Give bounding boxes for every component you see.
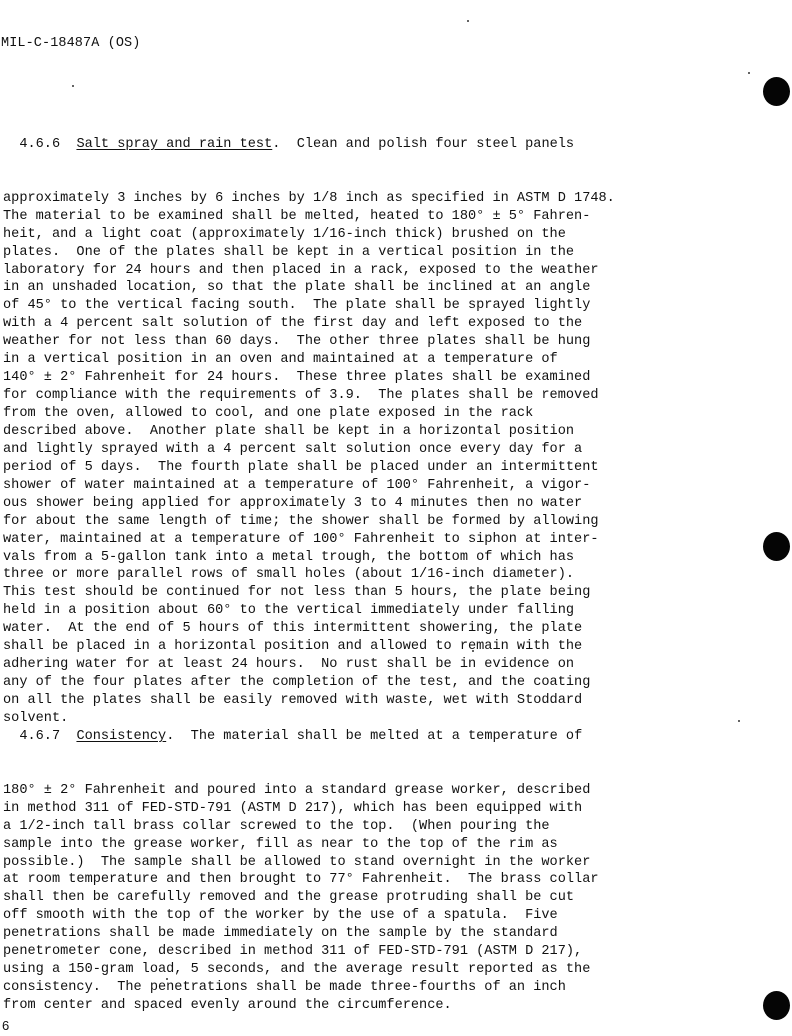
text-line: heit, and a light coat (approximately 1/… <box>3 226 693 244</box>
section-number: 4.6.6 <box>19 137 60 152</box>
text-line: described above. Another plate shall be … <box>3 423 693 441</box>
text-line: shall be placed in a horizontal position… <box>3 638 693 656</box>
text-line: weather for not less than 60 days. The o… <box>3 333 693 351</box>
text-line: sample into the grease worker, fill as n… <box>3 836 693 854</box>
text-line: using a 150-gram load, 5 seconds, and th… <box>3 961 693 979</box>
section-title: Consistency <box>76 729 166 744</box>
text-line: from the oven, allowed to cool, and one … <box>3 405 693 423</box>
section-4-6-7: 4.6.7 Consistency. The material shall be… <box>3 692 693 1033</box>
text-line: shall then be carefully removed and the … <box>3 889 693 907</box>
page-number: 6 <box>2 1018 9 1033</box>
punch-hole <box>763 77 790 106</box>
text-line: penetrations shall be made immediately o… <box>3 925 693 943</box>
section-title: Salt spray and rain test <box>76 137 272 152</box>
text-line: ous shower being applied for approximate… <box>3 495 693 513</box>
text-line: water. At the end of 5 hours of this int… <box>3 620 693 638</box>
text-line: 180° ± 2° Fahrenheit and poured into a s… <box>3 782 693 800</box>
scan-speck <box>738 720 740 722</box>
text-line: consistency. The penetrations shall be m… <box>3 979 693 997</box>
text-line: three or more parallel rows of small hol… <box>3 566 693 584</box>
text-line: at room temperature and then brought to … <box>3 871 693 889</box>
text-line: The material to be examined shall be mel… <box>3 208 693 226</box>
section-body: 180° ± 2° Fahrenheit and poured into a s… <box>3 782 693 1015</box>
text-line: plates. One of the plates shall be kept … <box>3 244 693 262</box>
text-line: of 45° to the vertical facing south. The… <box>3 297 693 315</box>
text-line: held in a position about 60° to the vert… <box>3 602 693 620</box>
punch-hole <box>763 532 790 561</box>
text-line: water, maintained at a temperature of 10… <box>3 531 693 549</box>
text-line: approximately 3 inches by 6 inches by 1/… <box>3 190 693 208</box>
text-line: with a 4 percent salt solution of the fi… <box>3 315 693 333</box>
text-line: off smooth with the top of the worker by… <box>3 907 693 925</box>
section-number: 4.6.7 <box>19 729 60 744</box>
text-line: in method 311 of FED-STD-791 (ASTM D 217… <box>3 800 693 818</box>
scan-speck <box>72 85 74 87</box>
text-line: penetrometer cone, described in method 3… <box>3 943 693 961</box>
text-line: from center and spaced evenly around the… <box>3 997 693 1015</box>
text-line: in an unshaded location, so that the pla… <box>3 279 693 297</box>
text-line: possible.) The sample shall be allowed t… <box>3 854 693 872</box>
section-heading-line: 4.6.6 Salt spray and rain test. Clean an… <box>3 136 693 154</box>
text-line: period of 5 days. The fourth plate shall… <box>3 459 693 477</box>
section-body: approximately 3 inches by 6 inches by 1/… <box>3 190 693 728</box>
text-line: for compliance with the requirements of … <box>3 387 693 405</box>
section-first-line-text: . The material shall be melted at a temp… <box>166 729 582 744</box>
punch-hole <box>763 991 790 1020</box>
text-line: for about the same length of time; the s… <box>3 513 693 531</box>
scan-speck <box>748 72 750 74</box>
scan-speck <box>467 20 469 22</box>
section-4-6-6: 4.6.6 Salt spray and rain test. Clean an… <box>3 100 693 746</box>
text-line: in a vertical position in an oven and ma… <box>3 351 693 369</box>
text-line: laboratory for 24 hours and then placed … <box>3 262 693 280</box>
text-line: a 1/2-inch tall brass collar screwed to … <box>3 818 693 836</box>
text-line: any of the four plates after the complet… <box>3 674 693 692</box>
section-heading-line: 4.6.7 Consistency. The material shall be… <box>3 728 693 746</box>
text-line: adhering water for at least 24 hours. No… <box>3 656 693 674</box>
text-line: shower of water maintained at a temperat… <box>3 477 693 495</box>
text-line: and lightly sprayed with a 4 percent sal… <box>3 441 693 459</box>
text-line: 140° ± 2° Fahrenheit for 24 hours. These… <box>3 369 693 387</box>
text-line: This test should be continued for not le… <box>3 584 693 602</box>
document-id: MIL-C-18487A (OS) <box>1 36 140 51</box>
text-line: vals from a 5-gallon tank into a metal t… <box>3 549 693 567</box>
section-first-line-text: . Clean and polish four steel panels <box>272 137 574 152</box>
